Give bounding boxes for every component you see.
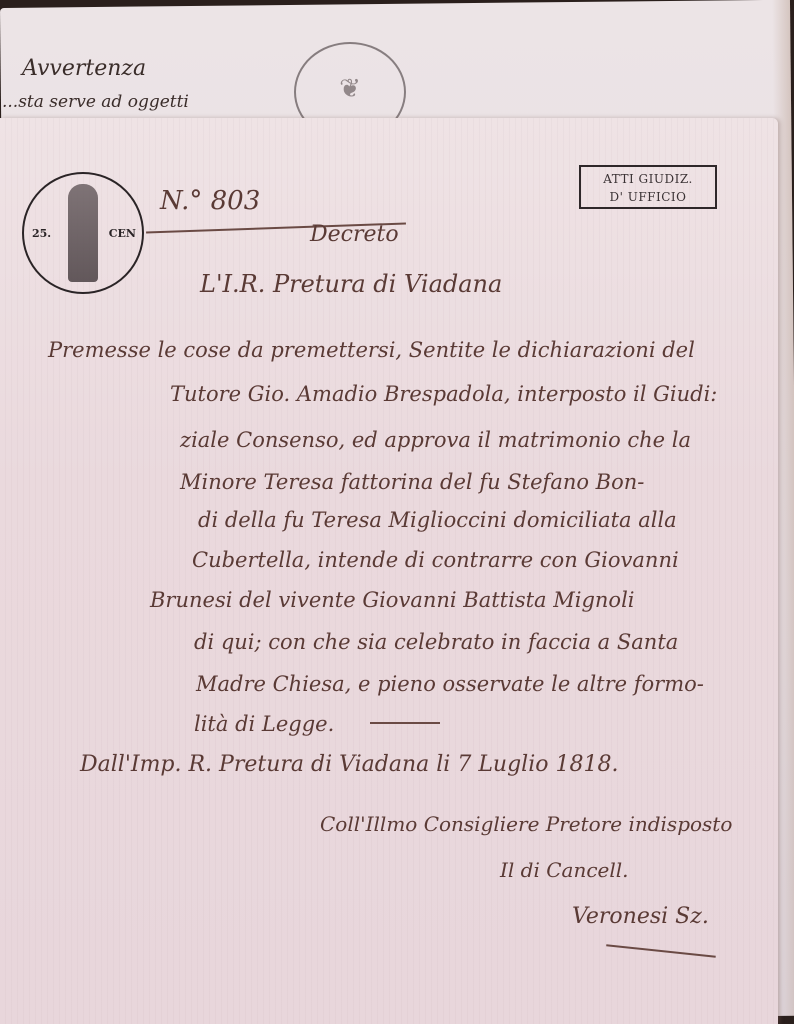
- office-stamp-line1: ATTI GIUDIZ.: [581, 170, 715, 188]
- closing-line: Il di Cancell.: [500, 858, 629, 882]
- body-line: Madre Chiesa, e pieno osservate le altre…: [196, 672, 704, 696]
- stamp-value: 25.: [32, 227, 51, 240]
- laurel-wreath-icon: ❦: [296, 74, 404, 104]
- revenue-stamp: 25. CEN: [22, 172, 144, 294]
- heading: Decreto: [310, 222, 399, 247]
- body-line: Tutore Gio. Amadio Brespadola, interpost…: [170, 382, 717, 406]
- dateline: Dall'Imp. R. Pretura di Viadana li 7 Lug…: [80, 752, 618, 777]
- body-line: di qui; con che sia celebrato in faccia …: [194, 630, 678, 654]
- document-number: N.° 803: [160, 186, 260, 216]
- body-line: Cubertella, intende di contrarre con Gio…: [192, 548, 679, 572]
- margin-note-title: Avvertenza: [22, 56, 146, 81]
- margin-note-line: ...sta serve ad oggetti: [2, 92, 189, 112]
- addressee: L'I.R. Pretura di Viadana: [200, 270, 502, 298]
- standing-figure-icon: [68, 184, 98, 282]
- body-line: ziale Consenso, ed approva il matrimonio…: [180, 428, 691, 452]
- office-stamp-line2: D' UFFICIO: [581, 188, 715, 206]
- body-line: Premesse le cose da premettersi, Sentite…: [48, 338, 695, 362]
- stamp-currency: CEN: [109, 227, 136, 240]
- body-line: lità di Legge.: [194, 712, 334, 736]
- office-stamp: ATTI GIUDIZ. D' UFFICIO: [579, 165, 717, 209]
- end-rule: [370, 722, 440, 724]
- body-line: di della fu Teresa Miglioccini domicilia…: [198, 508, 677, 532]
- closing-line: Coll'Illmo Consigliere Pretore indispost…: [320, 812, 732, 836]
- body-line: Brunesi del vivente Giovanni Battista Mi…: [150, 588, 635, 612]
- body-line: Minore Teresa fattorina del fu Stefano B…: [180, 470, 644, 494]
- signature: Veronesi Sz.: [572, 904, 709, 929]
